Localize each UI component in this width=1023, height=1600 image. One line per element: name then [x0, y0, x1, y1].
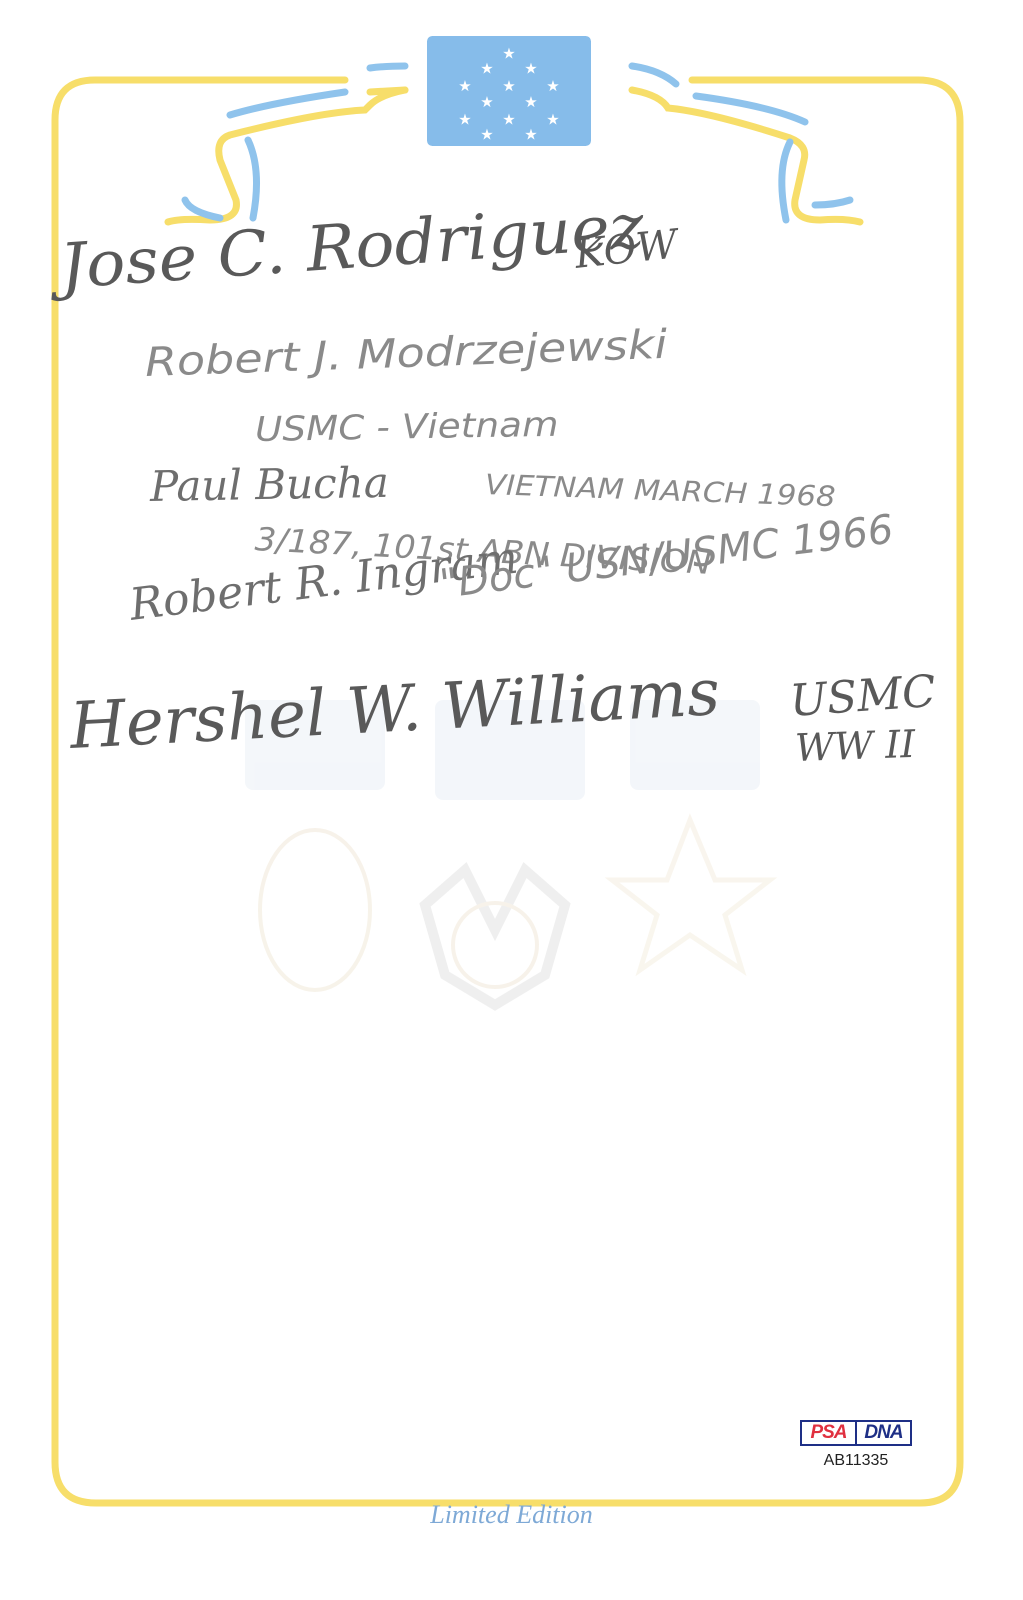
- psa-dna-logo: PSA DNA: [800, 1420, 912, 1446]
- signature-bucha: Paul Bucha: [150, 458, 390, 511]
- star-icon: ★: [524, 126, 537, 144]
- signature-williams-note: USMC: [788, 666, 937, 727]
- star-icon: ★: [502, 77, 515, 95]
- medal-of-honor-flag-icon: ★★★★★★★★★★★★★: [427, 36, 591, 146]
- star-icon: ★: [458, 77, 471, 95]
- certificate-number: AB11335: [800, 1452, 912, 1470]
- star-icon: ★: [480, 60, 493, 78]
- edition-label: Limited Edition: [0, 1500, 1023, 1530]
- star-icon: ★: [546, 77, 559, 95]
- signature-williams-note2: WW II: [794, 722, 916, 770]
- star-icon: ★: [480, 126, 493, 144]
- authentication-badge: PSA DNA AB11335: [800, 1420, 920, 1470]
- star-icon: ★: [524, 60, 537, 78]
- signature-modrzejewski-note: USMC - Vietnam: [255, 405, 559, 450]
- dna-logo-text: DNA: [857, 1422, 910, 1444]
- star-icon: ★: [524, 93, 537, 111]
- star-icon: ★: [546, 111, 559, 129]
- star-icon: ★: [502, 45, 515, 63]
- star-icon: ★: [458, 111, 471, 129]
- autograph-card: ★★★★★★★★★★★★★ Jose C. Rodriguez KOW Robe…: [0, 0, 1023, 1600]
- star-icon: ★: [480, 93, 493, 111]
- star-icon: ★: [502, 111, 515, 129]
- psa-logo-text: PSA: [802, 1422, 857, 1444]
